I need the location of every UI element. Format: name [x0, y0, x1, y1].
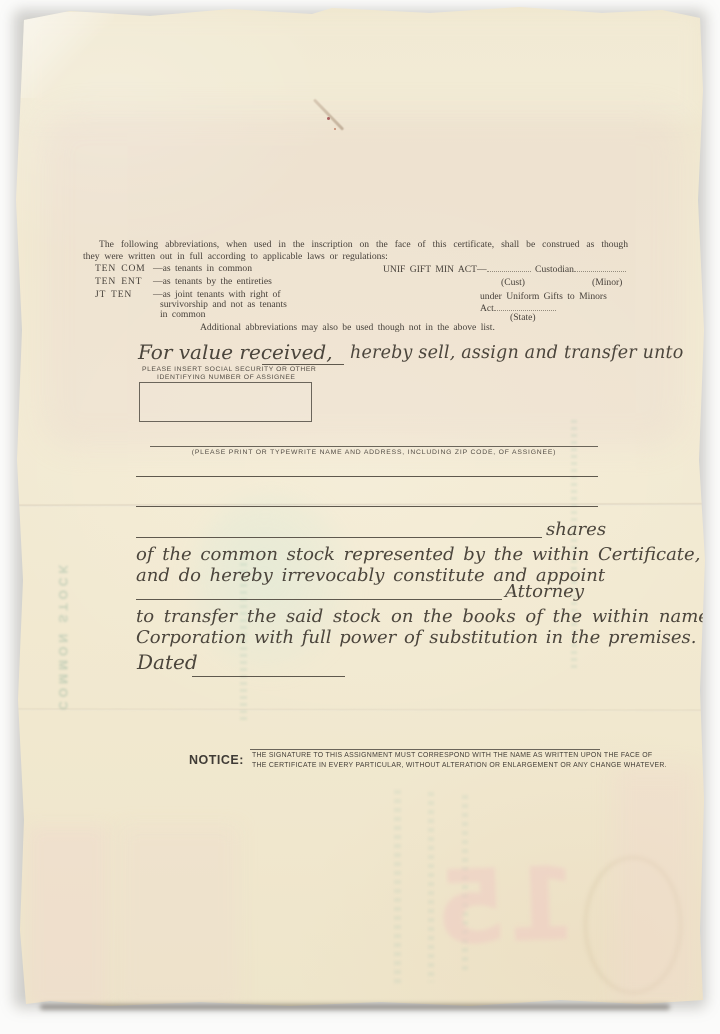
aged-paper: COMMON STOCK 15 The following abbreviati… [0, 0, 720, 1034]
dotted-leader [494, 302, 556, 311]
ssn-instruction-line-1: PLEASE INSERT SOCIAL SECURITY OR OTHER [142, 366, 316, 373]
ghost-top-light-band [20, 14, 700, 122]
ghost-mirrored-number: 15 [436, 854, 579, 961]
abbr-term: JT TEN [95, 289, 153, 301]
shares-label: shares [546, 519, 606, 540]
state-label: (State) [510, 312, 536, 324]
blank-line-address [136, 476, 598, 477]
for-value-received-text: For value received, [138, 340, 333, 364]
scratch-mark [313, 98, 344, 130]
blank-line-attorney [136, 599, 502, 600]
cust-label: (Cust) [501, 277, 525, 289]
intro-line-1: The following abbreviations, when used i… [83, 239, 628, 251]
red-speck [327, 117, 330, 120]
hereby-sell-text: hereby sell, assign and transfer unto [350, 343, 684, 363]
abbr-def: —as tenants by the entireties [153, 276, 272, 287]
attorney-label: Attorney [505, 581, 584, 602]
notice-text-line-1: THE SIGNATURE TO THIS ASSIGNMENT MUST CO… [252, 752, 599, 759]
notice-text-line-2: THE CERTIFICATE IN EVERY PARTICULAR, WIT… [252, 762, 599, 769]
bottom-edge-shadow [40, 1004, 670, 1010]
common-stock-line: of the common stock represented by the w… [136, 544, 700, 565]
abbreviation-intro: The following abbreviations, when used i… [83, 239, 628, 262]
ghost-common-stock-text: COMMON STOCK [44, 540, 70, 710]
blank-line-address [136, 506, 598, 507]
dotted-leader [574, 263, 626, 272]
dotted-leader [487, 263, 531, 272]
fold-crease [18, 708, 704, 711]
ghost-seal-ring [584, 856, 682, 994]
notice-label: NOTICE: [189, 753, 244, 767]
abbr-jt-ten-cont: in common [160, 309, 205, 321]
abbr-term: TEN COM [95, 263, 153, 275]
abbr-ten-ent: TEN ENT—as tenants by the entireties [95, 276, 272, 288]
abbr-ten-com: TEN COM—as tenants in common [95, 263, 252, 275]
print-or-typewrite-instruction: (PLEASE PRINT OR TYPEWRITE NAME AND ADDR… [150, 449, 598, 456]
blank-line-name [262, 364, 344, 365]
notice-rule [250, 749, 600, 750]
ghost-text-column [394, 790, 401, 985]
address-rule [150, 446, 598, 447]
dated-label: Dated [137, 650, 198, 674]
ghost-pink-block [28, 826, 108, 1008]
certificate-back-page: COMMON STOCK 15 The following abbreviati… [0, 0, 720, 1034]
under-uniform-gifts-line: under Uniform Gifts to Minors [480, 291, 607, 303]
minor-label: (Minor) [592, 277, 622, 289]
blank-line-shares [136, 537, 542, 538]
abbr-def: —as tenants in common [153, 263, 252, 274]
corner-crease [18, 12, 114, 98]
custodian-label: Custodian [535, 264, 574, 275]
ssn-entry-box [139, 382, 312, 422]
ghost-pink-block [120, 826, 238, 1008]
additional-abbreviations-note: Additional abbreviations may also be use… [200, 322, 495, 334]
ghost-pink-block [614, 768, 696, 1004]
ssn-instruction-line-2: IDENTIFYING NUMBER OF ASSIGNEE [157, 374, 295, 381]
substitution-line: Corporation with full power of substitut… [136, 627, 697, 648]
ghost-text-column [462, 795, 468, 975]
intro-line-2: they were written out in full according … [83, 251, 628, 263]
unif-gift-label: UNIF GIFT MIN ACT— [383, 264, 487, 275]
act-label: Act [480, 303, 494, 314]
blank-line-date [192, 676, 345, 677]
red-speck [334, 128, 336, 130]
abbr-term: TEN ENT [95, 276, 153, 288]
transfer-line: to transfer the said stock on the books … [136, 606, 720, 627]
ghost-text-column [428, 792, 434, 982]
unif-gift-row: UNIF GIFT MIN ACT— Custodian [383, 263, 626, 276]
